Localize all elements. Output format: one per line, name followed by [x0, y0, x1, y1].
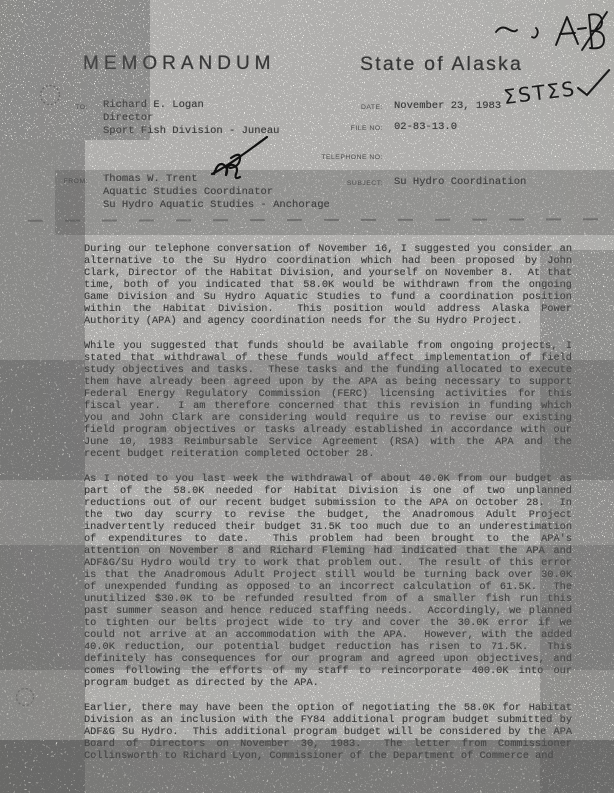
handwritten-ab-mark: [496, 12, 607, 50]
text-line: fiscal year. I am therefore concerned th…: [84, 400, 572, 412]
stamp-ring-bottom: [17, 689, 34, 706]
handwritten-estes: ΣSTΣS: [502, 70, 612, 109]
text-line: Richard E. Logan: [103, 99, 279, 112]
pen-slash: [582, 12, 607, 50]
signature-loop-2: [226, 165, 240, 178]
pen-tilde: [496, 28, 517, 32]
scan-noise-overlay: [0, 0, 614, 793]
pen-hyphen: [578, 28, 586, 29]
text-line: could not arrive at an accommodation wit…: [84, 629, 572, 641]
paragraph-4: Earlier, there may have been the option …: [84, 702, 572, 762]
header-separator-rule: [28, 218, 610, 221]
file-no-label: FILE NO:: [320, 125, 383, 132]
subject-value: Su Hydro Coordination: [394, 176, 526, 189]
text-line: Thomas W. Trent: [103, 173, 330, 186]
text-line: During our telephone conversation of Nov…: [84, 243, 572, 255]
pen-letter-b-bowls: [589, 14, 604, 48]
signature-loop-1: [214, 164, 227, 175]
text-line: Board of Directors on November 30, 1983.…: [84, 738, 572, 750]
text-line: study objectives and tasks. These tasks …: [84, 364, 572, 376]
text-line: within the Habitat Division. This positi…: [84, 303, 572, 315]
pen-letter-a: [556, 17, 578, 45]
text-line: Earlier, there may have been the option …: [84, 702, 572, 714]
text-line: stated that withdrawal of these funds wo…: [84, 352, 572, 364]
handwritten-estes-text: ΣSTΣS: [502, 76, 577, 109]
text-line: Collinsworth to Richard Lyon, Commission…: [84, 750, 572, 762]
text-line: Clark, Director of the Habitat Division,…: [84, 267, 572, 279]
handwritten-checkmark: [576, 70, 611, 96]
paragraph-2: While you suggested that funds should be…: [84, 340, 572, 460]
text-line: Sport Fish Division - Juneau: [103, 125, 279, 138]
text-line: Game Division and Su Hydro Aquatic Studi…: [84, 291, 572, 303]
noise-right-margin: [540, 250, 614, 793]
text-line: to tighten our belts project wide to try…: [84, 617, 572, 629]
text-line: part of the 58.0K needed for Habitat Div…: [84, 485, 572, 497]
memo-title: MEMORANDUM: [83, 53, 276, 75]
date-value: November 23, 1983: [394, 100, 501, 113]
date-label: DATE:: [320, 104, 383, 111]
paragraph-1: During our telephone conversation of Nov…: [84, 243, 572, 327]
text-line: program budget as directed by the APA.: [84, 677, 572, 689]
subject-label: SUBJECT:: [320, 180, 383, 187]
noise-lower-band: [0, 545, 614, 670]
text-line: As I noted to you last week the withdraw…: [84, 473, 572, 485]
to-value: Richard E. LoganDirectorSport Fish Divis…: [103, 99, 279, 138]
text-line: Su Hydro Aquatic Studies - Anchorage: [103, 199, 330, 212]
stamp-ring-top: [41, 86, 60, 105]
text-line: unutilized $30.0K to be refunded resulte…: [84, 593, 572, 605]
signature-loop-3: [230, 155, 240, 168]
text-line: field program objectives or tasks alread…: [84, 424, 572, 436]
text-line: of unexpended funding as opposed to an i…: [84, 581, 572, 593]
pen-letter-a-bar: [560, 33, 575, 34]
text-line: comes following the efforts of my staff …: [84, 665, 572, 677]
telephone-no-label: TELEPHONE NO:: [295, 154, 383, 161]
text-line: past summer season and hence reduced sta…: [84, 605, 572, 617]
org-title: State of Alaska: [360, 53, 523, 76]
text-line: ADF&G/Su Hydro would try to work that pr…: [84, 557, 572, 569]
noise-full-page: [0, 0, 614, 793]
noise-left-margin: [0, 140, 85, 793]
pen-letter-b-stem: [589, 15, 592, 47]
from-value: Thomas W. TrentAquatic Studies Coordinat…: [103, 173, 330, 212]
noise-from-band: [55, 170, 614, 235]
paragraph-3: As I noted to you last week the withdraw…: [84, 473, 572, 689]
noise-bottom-band: [0, 740, 614, 793]
to-label: TO:: [58, 104, 88, 111]
text-line: While you suggested that funds should be…: [84, 340, 572, 352]
file-no-value: 02-83-13.0: [394, 121, 457, 134]
memo-page: MEMORANDUM State of Alaska TO: Richard E…: [0, 0, 614, 793]
text-line: recent budget reiteration completed Octo…: [84, 448, 572, 460]
handwriting-overlay: ΣSTΣS: [0, 0, 614, 793]
text-line: them have already been agreed upon by th…: [84, 376, 572, 388]
text-line: is that the Anadromous Adult Project sti…: [84, 569, 572, 581]
text-line: Federal Energy Regulatory Commission (FE…: [84, 388, 572, 400]
text-line: ADF&G Su Hydro. This additional program …: [84, 726, 572, 738]
text-line: definitely has consequences for our prog…: [84, 653, 572, 665]
pen-comma: [532, 28, 538, 38]
text-line: the two day scurry to revise the budget,…: [84, 509, 572, 521]
from-label: FROM:: [58, 178, 88, 185]
text-line: you and John Clark are considering would…: [84, 412, 572, 424]
signature-long-stroke: [212, 137, 267, 174]
text-line: reductions out of our recent budget subm…: [84, 497, 572, 509]
text-line: 40.0K reduction, our potential budget re…: [84, 641, 572, 653]
text-line: time, both of you indicated that 58.0K w…: [84, 279, 572, 291]
text-line: June 10, 1983 Reimbursable Service Agree…: [84, 436, 572, 448]
text-line: Division as an inclusion with the FY84 a…: [84, 714, 572, 726]
text-line: inadvertently reduced their budget 31.5K…: [84, 521, 572, 533]
text-line: of expenditures to date. This problem ha…: [84, 533, 572, 545]
noise-top-left: [0, 0, 150, 140]
text-line: Director: [103, 112, 279, 125]
signature-scribble: [212, 137, 267, 178]
text-line: alternative to the Su Hydro coordination…: [84, 255, 572, 267]
memo-body: During our telephone conversation of Nov…: [84, 243, 572, 775]
noise-mid-band: [0, 360, 614, 480]
text-line: attention on November 8 and Richard Flem…: [84, 545, 572, 557]
text-line: Aquatic Studies Coordinator: [103, 186, 330, 199]
text-line: Authority (APA) and agency coordination …: [84, 315, 572, 327]
